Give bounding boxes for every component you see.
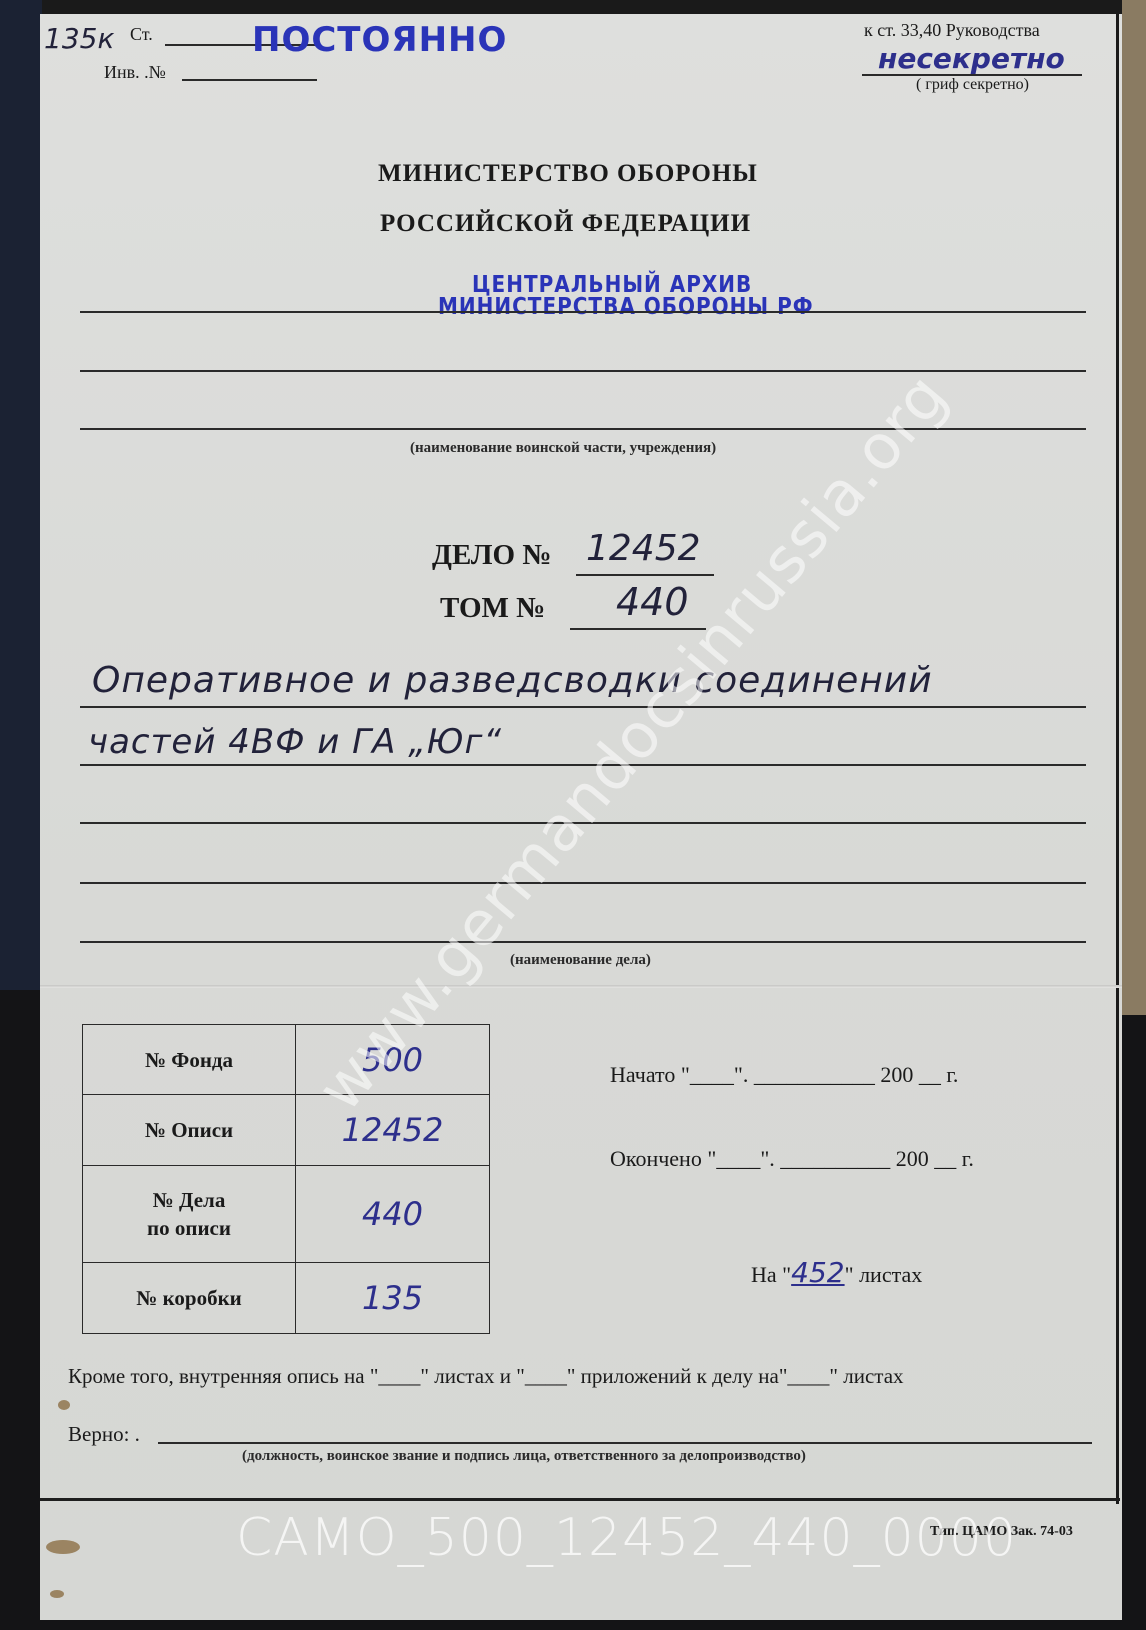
table-row: № Дела по описи 440 (83, 1166, 490, 1262)
delo-label-line2: по описи (84, 1214, 294, 1242)
file-code-overlay: CAMO_500_12452_440_0000 (236, 1508, 1017, 1568)
signature-line (158, 1442, 1092, 1444)
archive-stamp-line2: МИНИСТЕРСТВА ОБОРОНЫ РФ (438, 292, 814, 320)
started-date: Начато "____". ___________ 200 __ г. (610, 1062, 958, 1088)
classification-handwritten: несекретно (878, 42, 1065, 75)
box-value: 135 (296, 1262, 490, 1333)
form-bottom-border (40, 1498, 1120, 1501)
paper-stain (50, 1590, 64, 1598)
tom-label: ТОМ № (440, 592, 545, 625)
archive-info-table: № Фонда 500 № Описи 12452 № Дела по опис… (82, 1024, 490, 1334)
sheets-value: 452 (791, 1256, 844, 1289)
case-title-line1: Оперативное и разведсводки соединений (92, 660, 933, 701)
table-row: № Описи 12452 (83, 1095, 490, 1166)
delo-po-opisi-value: 440 (296, 1166, 490, 1262)
opis-value: 12452 (296, 1095, 490, 1166)
sheets-count: На "452" листах (740, 1230, 922, 1289)
tom-value: 440 (616, 580, 689, 624)
delo-value: 12452 (586, 528, 701, 569)
delo-label: ДЕЛО № (432, 539, 551, 572)
sheets-prefix: На " (751, 1262, 791, 1287)
inv-label: Инв. .№ (104, 62, 166, 83)
delo-label-line1: № Дела (84, 1186, 294, 1214)
signature-caption: (должность, воинское звание и подпись ли… (242, 1448, 806, 1465)
regulation-reference: к ст. 33,40 Руководства (864, 20, 1040, 41)
classification-caption: ( гриф секретно) (916, 76, 1029, 94)
retention-stamp: ПОСТОЯННО (252, 20, 507, 60)
case-title-line2: частей 4ВФ и ГА „Юг“ (88, 722, 502, 762)
folder-cover-right (1122, 0, 1146, 1015)
paper-stain (58, 1400, 70, 1410)
box-number-handwritten: 135к (44, 22, 114, 55)
sheets-suffix: " листах (845, 1262, 923, 1287)
page-right-border (1116, 14, 1119, 1504)
page-fold (40, 985, 1122, 988)
delo-po-opisi-label: № Дела по описи (83, 1166, 296, 1262)
case-line-5 (80, 941, 1086, 943)
case-line-1 (80, 706, 1086, 708)
additional-inventory-line: Кроме того, внутренняя опись на "____" л… (68, 1364, 904, 1389)
fond-label: № Фонда (83, 1025, 296, 1095)
table-row: № коробки 135 (83, 1262, 490, 1333)
opis-label: № Описи (83, 1095, 296, 1166)
box-label: № коробки (83, 1262, 296, 1333)
unit-line-2 (80, 370, 1086, 372)
ministry-title-line1: МИНИСТЕРСТВО ОБОРОНЫ (378, 160, 758, 188)
ministry-title-line2: РОССИЙСКОЙ ФЕДЕРАЦИИ (380, 210, 751, 238)
unit-caption: (наименование воинской части, учреждения… (410, 440, 716, 457)
folder-cover-left (0, 0, 42, 990)
scan-top-edge (0, 0, 1146, 14)
unit-line-1 (80, 311, 1086, 313)
case-line-4 (80, 882, 1086, 884)
ended-date: Окончено "____". __________ 200 __ г. (610, 1146, 974, 1172)
delo-line (576, 574, 714, 576)
st-label: Ст. (130, 24, 153, 45)
case-caption: (наименование дела) (510, 952, 651, 969)
paper-stain (46, 1540, 80, 1554)
inv-field-line (182, 79, 317, 81)
verno-label: Верно: . (68, 1422, 140, 1447)
